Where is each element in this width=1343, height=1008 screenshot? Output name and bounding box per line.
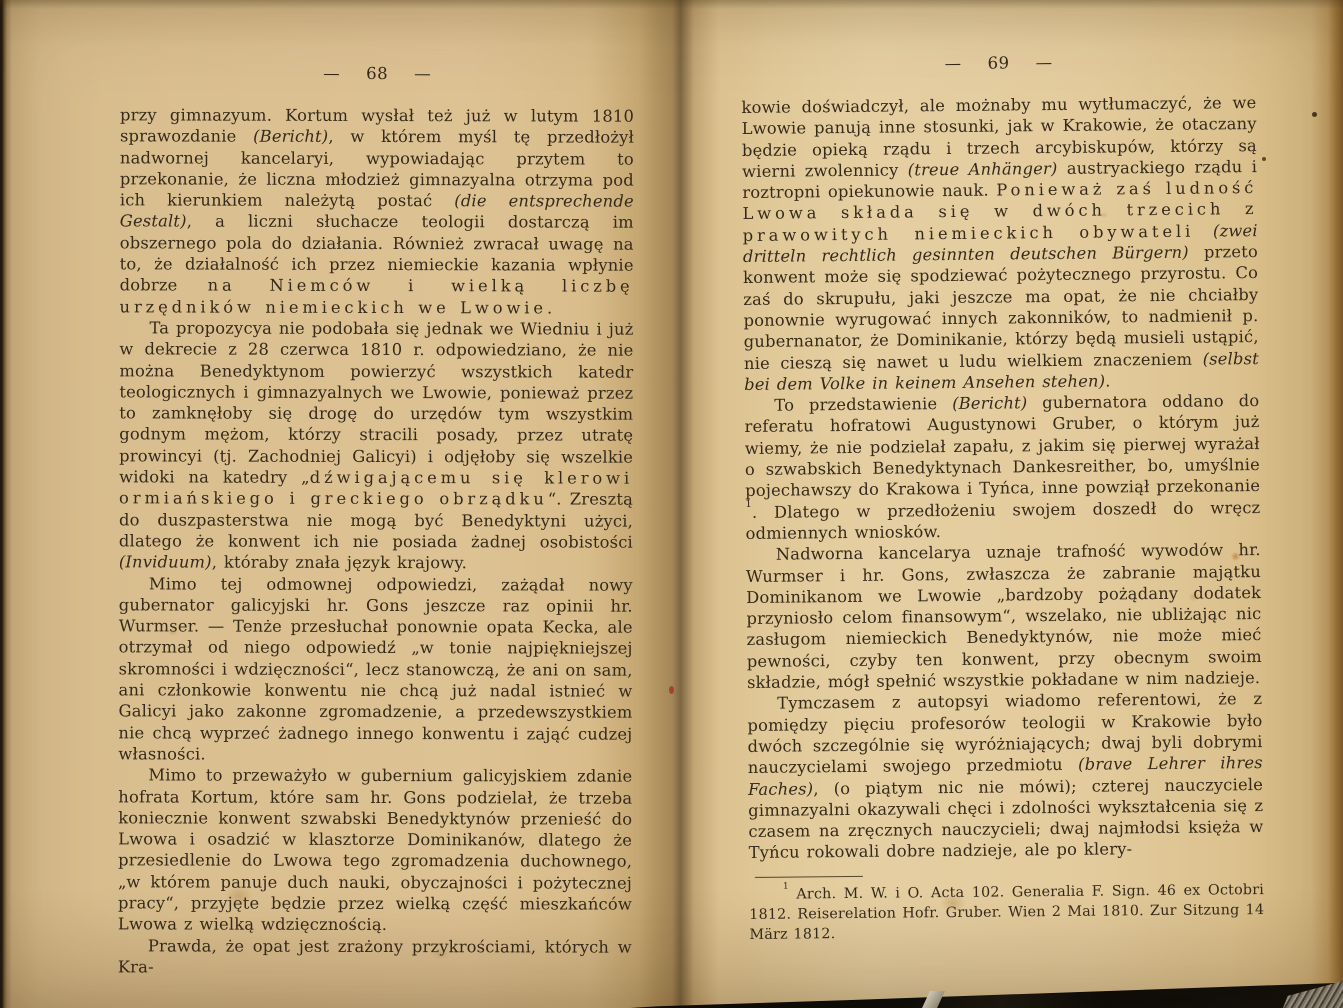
page-edge-top bbox=[0, 0, 1343, 9]
text-run-normal: , (o piątym nic nie mówi); czterej naucz… bbox=[748, 775, 1263, 863]
page-68-text: przy gimnazyum. Kortum wysłał też już w … bbox=[118, 104, 634, 979]
page-edge-left bbox=[0, 0, 12, 1008]
page-fore-edge-right bbox=[1311, 0, 1343, 1008]
header-dash: — bbox=[1035, 53, 1052, 72]
text-run-sup: 1 bbox=[783, 882, 789, 892]
text-run-normal: . bbox=[1105, 371, 1111, 390]
paragraph: Ta propozycya nie podobała się jednak we… bbox=[119, 317, 634, 574]
header-dash: — bbox=[944, 54, 961, 73]
text-run-normal: To przedstawienie bbox=[774, 394, 952, 415]
header-dash: — bbox=[323, 64, 340, 83]
paragraph: przy gimnazyum. Kortum wysłał też już w … bbox=[120, 104, 635, 318]
paragraph: Prawda, że opat jest zrażony przykrościa… bbox=[118, 935, 632, 979]
book-photo: — 68 — przy gimnazyum. Kortum wysłał też… bbox=[0, 0, 1343, 1008]
text-run-normal: Arch. M. W. i O. Acta 102. Generalia F. … bbox=[749, 882, 1264, 943]
text-run-italic: (treue Anhänger) bbox=[908, 159, 1058, 179]
header-dash: — bbox=[414, 64, 431, 83]
text-run-normal: Mimo to przeważyło w gubernium galicyjsk… bbox=[118, 766, 632, 935]
paragraph: kowie doświadczył, ale możnaby mu wytłum… bbox=[741, 92, 1259, 395]
text-run-normal: Prawda, że opat jest zrażony przykrościa… bbox=[118, 936, 632, 976]
paragraph: Tymczasem z autopsyi wiadomo referentowi… bbox=[747, 688, 1264, 863]
paragraph: Mimo tej odmownej odpowiedzi, zażądał no… bbox=[118, 573, 633, 766]
footnote-rule bbox=[755, 876, 863, 878]
text-run-normal: Mimo tej odmownej odpowiedzi, zażądał no… bbox=[118, 574, 632, 764]
text-run-normal: Nadworna kancelarya uznaje trafność wywo… bbox=[746, 540, 1262, 692]
text-run-normal: , któraby znała język krajowy. bbox=[212, 553, 467, 573]
text-run-italic: (Inviduum) bbox=[119, 553, 212, 572]
page-68-number: 68 bbox=[366, 64, 388, 83]
paragraph: Mimo to przeważyło w gubernium galicyjsk… bbox=[118, 765, 632, 937]
paragraph: To przedstawienie (Bericht) gubernatora … bbox=[744, 390, 1260, 544]
page-69-text: kowie doświadczył, ale możnaby mu wytłum… bbox=[741, 92, 1263, 864]
page-69-number: 69 bbox=[987, 53, 1009, 72]
page-69-footnote: 1 Arch. M. W. i O. Acta 102. Generalia F… bbox=[749, 880, 1265, 945]
text-run-italic: (Bericht) bbox=[253, 127, 328, 146]
paragraph: Nadworna kancelarya uznaje trafność wywo… bbox=[746, 539, 1262, 693]
page-68-header: — 68 — bbox=[120, 63, 634, 83]
page-69-header: — 69 — bbox=[741, 51, 1256, 75]
text-run-italic: (Bericht) bbox=[952, 393, 1027, 413]
page-69: — 69 — kowie doświadczył, ale możnaby mu… bbox=[741, 51, 1265, 945]
text-run-sup: 1 bbox=[745, 499, 752, 510]
page-68: — 68 — przy gimnazyum. Kortum wysłał też… bbox=[118, 63, 634, 979]
text-run-normal: . Dlatego w przedłożeniu swojem doszedł … bbox=[745, 498, 1260, 543]
text-run-normal: Ta propozycya nie podobała się jednak we… bbox=[119, 318, 633, 486]
